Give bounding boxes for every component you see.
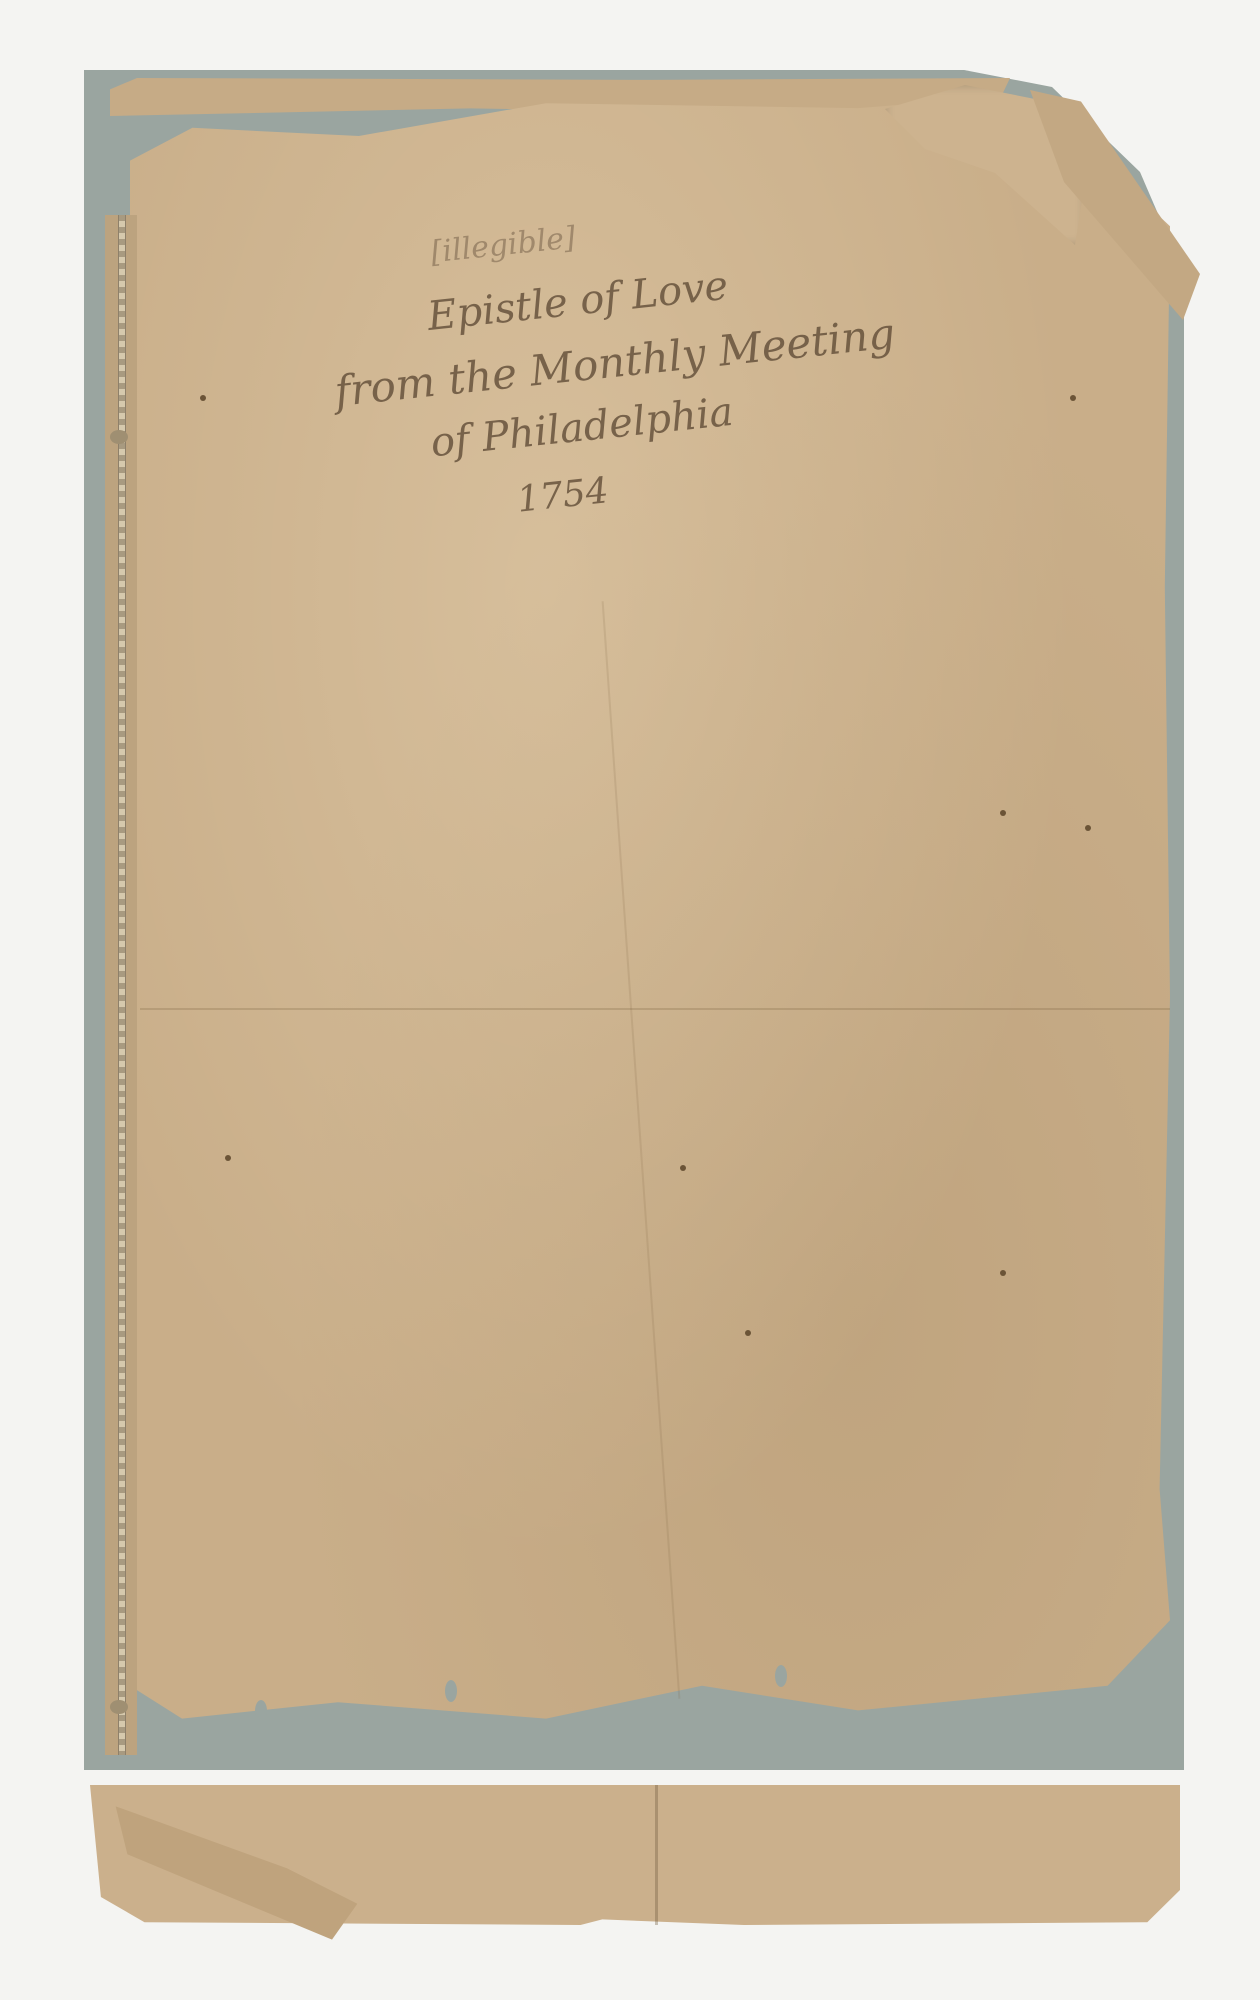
foxing-spot — [200, 395, 206, 401]
fold-crease — [140, 1008, 1170, 1010]
flap-tear — [655, 1785, 658, 1925]
foxing-spot — [1000, 810, 1006, 816]
binding-thread — [118, 215, 126, 1755]
foxing-spot — [1000, 1270, 1006, 1276]
wormhole — [255, 1700, 267, 1722]
wormhole — [445, 1680, 457, 1702]
binding-knot — [110, 430, 128, 444]
binding-knot — [110, 1700, 128, 1714]
foxing-spot — [225, 1155, 231, 1161]
document-scan: [illegible] Epistle of Love from the Mon… — [0, 0, 1260, 2000]
wormhole — [775, 1665, 787, 1687]
foxing-spot — [1070, 395, 1076, 401]
foxing-spot — [680, 1165, 686, 1171]
foxing-spot — [745, 1330, 751, 1336]
foxing-spot — [1085, 825, 1091, 831]
